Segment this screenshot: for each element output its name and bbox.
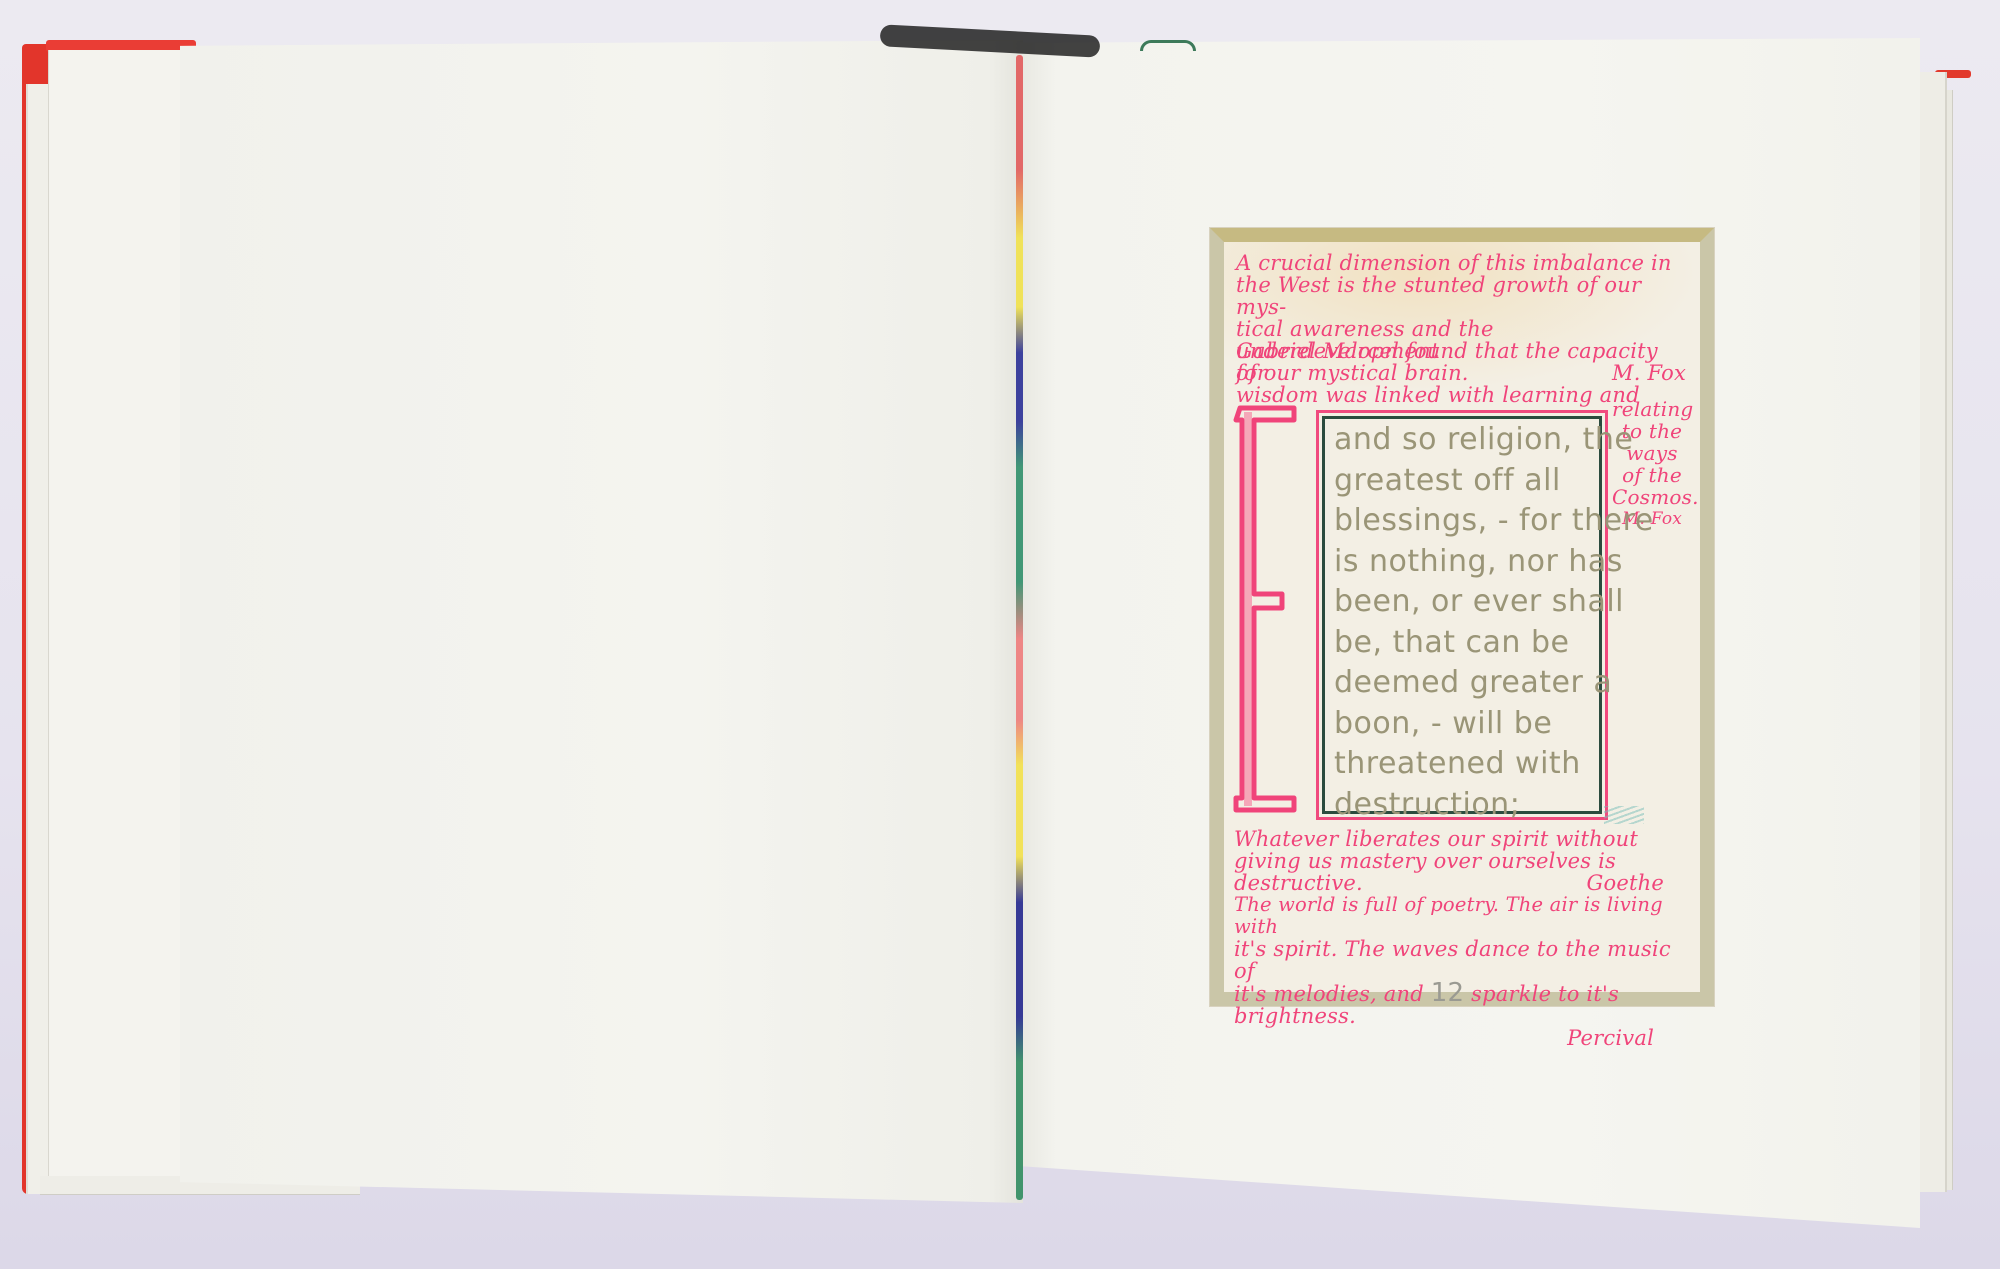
quote-fragment: it's melodies, and xyxy=(1234,982,1424,1006)
spine-thread-loop xyxy=(1140,40,1196,51)
left-page-blank[interactable] xyxy=(180,40,1023,1203)
main-text-religion: and so religion, the greatest off all bl… xyxy=(1334,420,1604,825)
main-text-line: and so religion, the xyxy=(1334,420,1604,461)
quote-line: A crucial dimension of this imbalance in xyxy=(1236,252,1692,274)
main-text-line: be, that can be xyxy=(1334,623,1604,664)
main-text-line: blessings, - for there xyxy=(1334,501,1604,542)
main-text-line: been, or ever shall xyxy=(1334,582,1604,623)
quote-line: brightness. xyxy=(1234,1005,1694,1027)
quote-fragment: sparkle to it's xyxy=(1471,982,1619,1006)
quote-attribution-percival: Percival xyxy=(1234,1027,1694,1049)
side-note-line: of the xyxy=(1612,464,1692,486)
quote-line: destructive. xyxy=(1234,872,1363,894)
main-text-line: greatest off all xyxy=(1334,461,1604,502)
quote-line: the West is the stunted growth of our my… xyxy=(1236,274,1692,318)
quote-line: giving us mastery over ourselves is xyxy=(1234,850,1694,872)
quote-attribution-goethe: Goethe xyxy=(1587,872,1694,894)
main-text-line: boon, - will be xyxy=(1334,704,1604,745)
quote-line: it's melodies, and 12 sparkle to it's xyxy=(1234,982,1694,1005)
quote-line: Gabriel Marcel found that the capacity f… xyxy=(1236,340,1686,384)
main-text-line: is nothing, nor has xyxy=(1334,542,1604,583)
side-note-line: relating xyxy=(1612,398,1692,420)
spine-thread xyxy=(1016,55,1023,1200)
main-text-line: threatened with xyxy=(1334,744,1604,785)
quote-goethe-and-percival: Whatever liberates our spirit without gi… xyxy=(1234,828,1694,1049)
main-text-line: deemed greater a xyxy=(1334,663,1604,704)
quote-line: Whatever liberates our spirit without xyxy=(1234,828,1694,850)
quote-line: The world is full of poetry. The air is … xyxy=(1234,894,1694,938)
illuminated-initial-e xyxy=(1232,404,1302,814)
main-text-line: destruction; xyxy=(1334,785,1604,826)
page-number: 12 xyxy=(1431,978,1464,1008)
teal-brush-stroke xyxy=(1604,806,1644,824)
quote-line: it's spirit. The waves dance to the musi… xyxy=(1234,938,1694,982)
